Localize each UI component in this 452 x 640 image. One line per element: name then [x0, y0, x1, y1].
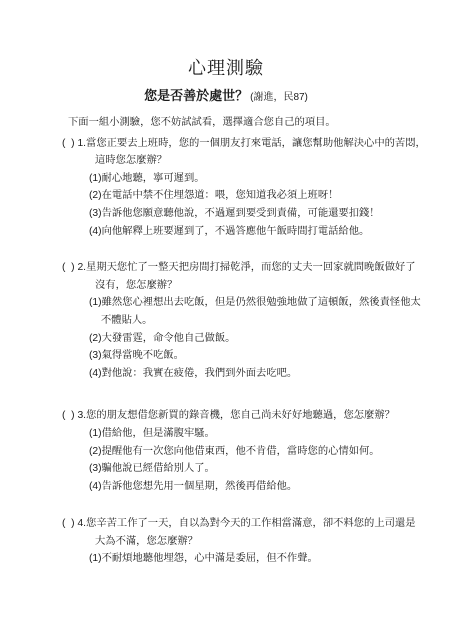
question-2-option-4: (4)對他說：我實在疲倦，我們到外面去吃吧。 [89, 365, 452, 383]
question-4: ( ) 4.您辛苦工作了一天，自以為對今天的工作相當滿意，卻不料您的上司還是 大… [0, 515, 452, 568]
question-2-option-1: (1)雖然您心裡想出去吃飯，但是仍然很勉強地做了這頓飯，然後責怪他太 [89, 294, 452, 312]
question-3-option-1: (1)借給他，但是滿腹牢騷。 [89, 425, 452, 443]
page-title: 心理測驗 [0, 0, 452, 80]
question-2-option-2: (2)大發雷霆，命令他自己做飯。 [89, 330, 452, 348]
question-1-option-3: (3)告訴他您願意聽他說，不過遲到要受到責備，可能還要扣錢！ [89, 205, 452, 223]
question-1-option-4: (4)向他解釋上班要遲到了，不過答應他午飯時間打電話給他。 [89, 223, 452, 241]
subtitle-reference: (謝進，民87) [250, 92, 308, 103]
question-1: ( ) 1.當您正要去上班時，您的一個朋友打來電話，讓您幫助他解決心中的苦悶， … [0, 135, 452, 241]
question-2-option-1-continuation: 不體貼人。 [101, 312, 452, 330]
question-3-option-4: (4)告訴他您想先用一個星期，然後再借給他。 [89, 478, 452, 496]
question-2-text-line-2: 沒有，您怎麼辦？ [95, 277, 452, 295]
page-subtitle: 您是否善於處世？(謝進，民87) [0, 88, 452, 105]
intro-text: 下面一組小測驗，您不妨試試看，選擇適合您自己的項目。 [68, 114, 452, 132]
subtitle-text: 您是否善於處世？ [144, 88, 248, 103]
question-4-text-line-1: ( ) 4.您辛苦工作了一天，自以為對今天的工作相當滿意，卻不料您的上司還是 [62, 515, 452, 533]
question-2-option-3: (3)氣得當晚不吃飯。 [89, 347, 452, 365]
question-3-option-3: (3)騙他說已經借給別人了。 [89, 460, 452, 478]
question-4-option-1: (1)不耐煩地聽他埋怨，心中滿是委屈，但不作聲。 [89, 550, 452, 568]
question-2: ( ) 2.星期天您忙了一整天把房間打掃乾淨，而您的丈夫一回家就問晚飯做好了 沒… [0, 259, 452, 382]
question-3-option-2: (2)提醒他有一次您向他借東西，他不肯借，當時您的心情如何。 [89, 443, 452, 461]
question-1-text-line-2: 這時您怎麼辦？ [95, 152, 452, 170]
question-3: ( ) 3.您的朋友想借您新買的錄音機，您自己尚未好好地聽過，您怎麼辦？ (1)… [0, 407, 452, 495]
question-2-text-line-1: ( ) 2.星期天您忙了一整天把房間打掃乾淨，而您的丈夫一回家就問晚飯做好了 [62, 259, 452, 277]
question-4-text-line-2: 大為不滿，您怎麼辦？ [95, 533, 452, 551]
question-1-option-1: (1)耐心地聽，寧可遲到。 [89, 170, 452, 188]
question-3-text-line-1: ( ) 3.您的朋友想借您新買的錄音機，您自己尚未好好地聽過，您怎麼辦？ [62, 407, 452, 425]
question-1-option-2: (2)在電話中禁不住埋怨道：喂，您知道我必須上班呀！ [89, 187, 452, 205]
document-page: 心理測驗 您是否善於處世？(謝進，民87) 下面一組小測驗，您不妨試試看，選擇適… [0, 0, 452, 640]
question-1-text-line-1: ( ) 1.當您正要去上班時，您的一個朋友打來電話，讓您幫助他解決心中的苦悶， [62, 135, 452, 153]
